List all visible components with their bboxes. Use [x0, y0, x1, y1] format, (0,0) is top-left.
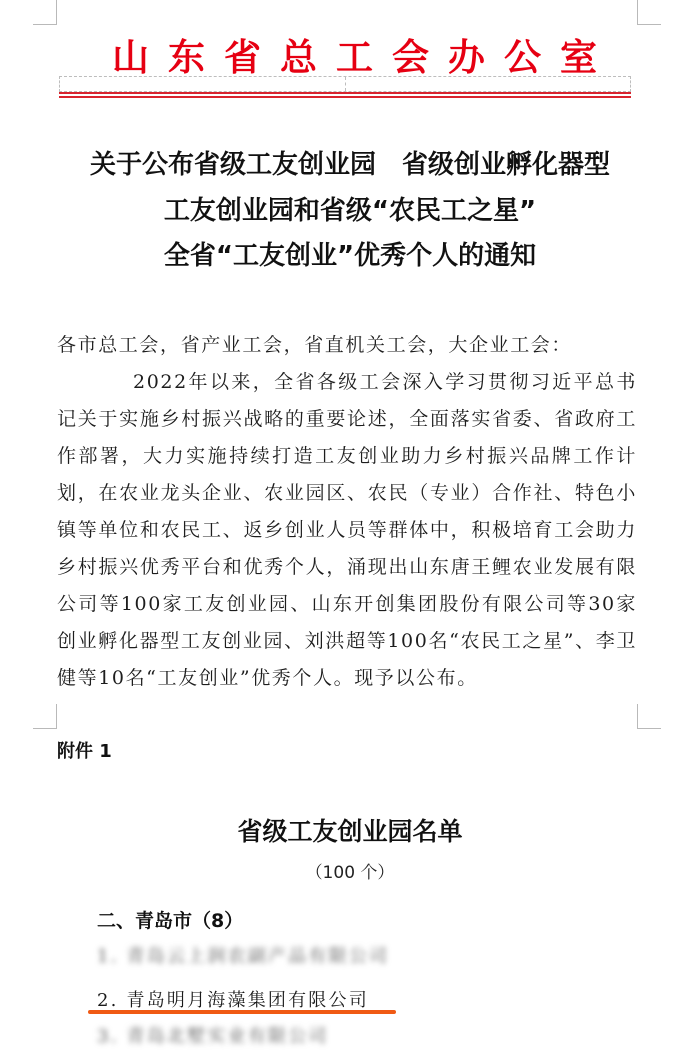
list-title: 省级工友创业园名单 [0, 812, 700, 848]
document-title-line-3: 全省“工友创业”优秀个人的通知 [0, 241, 700, 271]
page-corner-mark-top-left [33, 0, 57, 25]
masthead-red-rule-bottom [59, 96, 631, 98]
masthead-red-rule-top [59, 92, 631, 94]
page-corner-mark-bottom-right [637, 704, 661, 729]
list-count: （100 个） [0, 858, 700, 883]
section-heading-qingdao: 二、青岛市（8） [97, 906, 243, 933]
list-item-blurred: 3. 青岛北墅实业有限公司 [97, 1022, 329, 1048]
text-box-divider [345, 77, 346, 91]
page-corner-mark-bottom-left [33, 704, 57, 729]
highlight-underline [88, 1010, 396, 1014]
document-title-line-1: 关于公布省级工友创业园 省级创业孵化器型 [0, 150, 700, 180]
list-item-blurred: 1. 青岛云上润农副产品有限公司 [97, 942, 389, 968]
masthead-org-name: 山东省总工会办公室 [58, 36, 651, 80]
masthead-text-box [59, 76, 631, 92]
body-paragraph: 2022年以来，全省各级工会深入学习贯彻习近平总书记关于实施乡村振兴战略的重要论… [57, 364, 637, 697]
page-corner-mark-top-right [637, 0, 661, 25]
salutation: 各市总工会，省产业工会，省直机关工会，大企业工会： [57, 327, 637, 364]
document-title-line-2: 工友创业园和省级“农民工之星” [0, 196, 700, 226]
list-item-highlighted: 2. 青岛明月海藻集团有限公司 [97, 986, 369, 1012]
attachment-label: 附件 1 [57, 737, 112, 763]
